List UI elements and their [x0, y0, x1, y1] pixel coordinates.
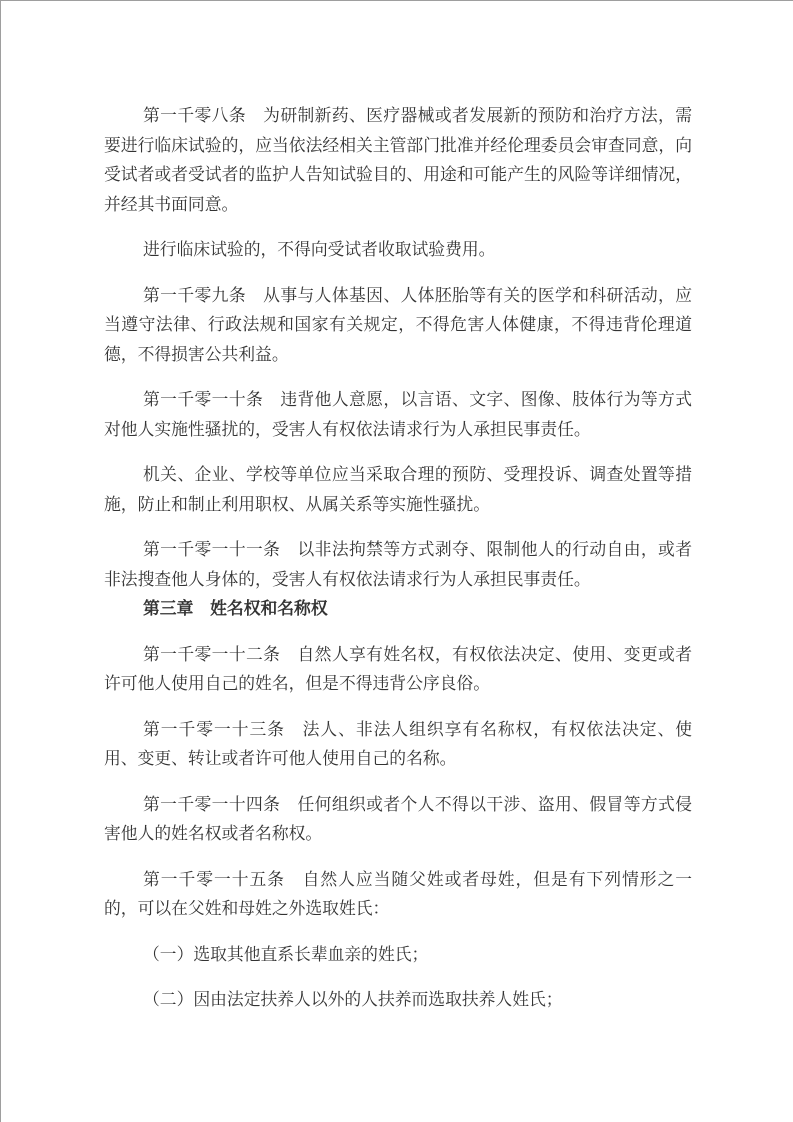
list-item-2: （二）因由法定扶养人以外的人扶养而选取扶养人姓氏； [104, 985, 692, 1015]
article-1008-paragraph-1: 第一千零八条 为研制新药、医疗器械或者发展新的预防和治疗方法，需要进行临床试验的… [104, 101, 692, 219]
article-1011-paragraph: 第一千零一十一条 以非法拘禁等方式剥夺、限制他人的行动自由，或者非法搜查他人身体… [104, 535, 692, 594]
article-1013-paragraph: 第一千零一十三条 法人、非法人组织享有名称权，有权依法决定、使用、变更、转让或者… [104, 715, 692, 774]
article-1015-paragraph: 第一千零一十五条 自然人应当随父姓或者母姓，但是有下列情形之一的，可以在父姓和母… [104, 865, 692, 924]
document-page: 第一千零八条 为研制新药、医疗器械或者发展新的预防和治疗方法，需要进行临床试验的… [0, 0, 793, 1122]
article-1010-paragraph-1: 第一千零一十条 违背他人意愿，以言语、文字、图像、肢体行为等方式对他人实施性骚扰… [104, 385, 692, 444]
list-item-1: （一）选取其他直系长辈血亲的姓氏； [104, 940, 692, 970]
article-1010-paragraph-2: 机关、企业、学校等单位应当采取合理的预防、受理投诉、调查处置等措施，防止和制止利… [104, 460, 692, 519]
article-1012-paragraph: 第一千零一十二条 自然人享有姓名权，有权依法决定、使用、变更或者许可他人使用自己… [104, 640, 692, 699]
article-1008-paragraph-2: 进行临床试验的，不得向受试者收取试验费用。 [104, 235, 692, 265]
article-1009-paragraph: 第一千零九条 从事与人体基因、人体胚胎等有关的医学和科研活动，应当遵守法律、行政… [104, 281, 692, 370]
chapter-heading: 第三章 姓名权和名称权 [104, 594, 692, 624]
article-1014-paragraph: 第一千零一十四条 任何组织或者个人不得以干涉、盗用、假冒等方式侵害他人的姓名权或… [104, 790, 692, 849]
